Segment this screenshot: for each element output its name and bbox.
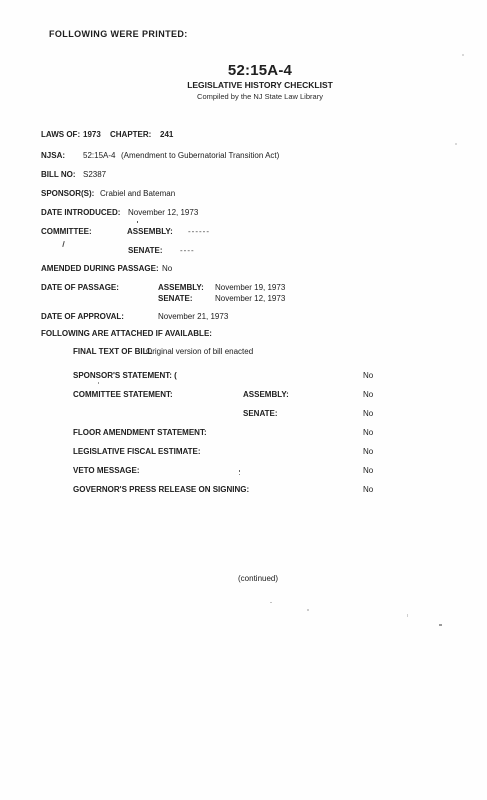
date-of-passage-senate-row: SENATE: November 12, 1973 <box>0 294 487 306</box>
laws-of-value: 1973 <box>83 130 101 140</box>
passage-assembly-value: November 19, 1973 <box>215 283 285 293</box>
attachment-label: LEGISLATIVE FISCAL ESTIMATE: <box>73 447 201 457</box>
committee-senate-value: ---- <box>180 246 195 256</box>
chapter-label: CHAPTER: <box>110 130 151 140</box>
date-introduced-value: November 12, 1973 <box>128 208 198 218</box>
passage-senate-value: November 12, 1973 <box>215 294 285 304</box>
scan-artifact-speck <box>462 54 464 56</box>
attached-header: FOLLOWING ARE ATTACHED IF AVAILABLE: <box>41 329 212 339</box>
date-of-approval-row: DATE OF APPROVAL: November 21, 1973 <box>0 312 487 324</box>
scan-artifact-speck <box>270 602 272 603</box>
attachment-label: COMMITTEE STATEMENT: <box>73 390 173 400</box>
committee-senate-label: SENATE: <box>128 246 163 256</box>
attachment-row-sponsors-statement: SPONSOR'S STATEMENT: ( No <box>0 371 487 383</box>
njsa-label: NJSA: <box>41 151 65 161</box>
attachment-label: SPONSOR'S STATEMENT: ( <box>73 371 177 381</box>
title-block: 52:15A-4 LEGISLATIVE HISTORY CHECKLIST C… <box>110 62 410 101</box>
bill-no-row: BILL NO: S2387 <box>0 170 487 182</box>
attached-header-row: FOLLOWING ARE ATTACHED IF AVAILABLE: <box>0 329 487 341</box>
scan-artifact-dot <box>137 221 138 223</box>
bill-no-label: BILL NO: <box>41 170 76 180</box>
date-of-passage-label: DATE OF PASSAGE: <box>41 283 119 293</box>
committee-senate-row: SENATE: ---- <box>0 246 487 258</box>
printed-note: FOLLOWING WERE PRINTED: <box>49 29 188 39</box>
sponsors-value: Crabiel and Bateman <box>100 189 175 199</box>
attachment-row-committee-statement: COMMITTEE STATEMENT: ASSEMBLY: No <box>0 390 487 402</box>
scan-artifact-speck <box>407 614 408 617</box>
date-of-approval-value: November 21, 1973 <box>158 312 228 322</box>
scan-artifact-speck <box>307 609 309 611</box>
scan-artifact-dot <box>239 470 240 472</box>
passage-assembly-label: ASSEMBLY: <box>158 283 204 293</box>
passage-senate-label: SENATE: <box>158 294 193 304</box>
continued-note: (continued) <box>238 574 278 584</box>
bill-no-value: S2387 <box>83 170 106 180</box>
compiled-by-note: Compiled by the NJ State Law Library <box>110 92 410 101</box>
attachment-value: No <box>363 409 373 419</box>
statute-number: 52:15A-4 <box>110 62 410 79</box>
date-introduced-row: DATE INTRODUCED: November 12, 1973 <box>0 208 487 220</box>
attachment-value: No <box>363 466 373 476</box>
attachment-value: No <box>363 371 373 381</box>
chapter-value: 241 <box>160 130 173 140</box>
scan-artifact-speck <box>455 143 457 145</box>
laws-of-row: LAWS OF: 1973 CHAPTER: 241 <box>0 130 487 142</box>
scan-artifact-dot <box>239 474 240 475</box>
committee-assembly-value: ------ <box>188 227 210 237</box>
sponsors-row: SPONSOR(S): Crabiel and Bateman <box>0 189 487 201</box>
final-text-row: FINAL TEXT OF BILL Original version of b… <box>0 347 487 359</box>
attachment-row-floor-amendment: FLOOR AMENDMENT STATEMENT: No <box>0 428 487 440</box>
njsa-value: 52:15A-4 <box>83 151 115 161</box>
final-text-note: Original version of bill enacted <box>146 347 253 357</box>
attachment-value: No <box>363 428 373 438</box>
committee-assembly-label: ASSEMBLY: <box>127 227 173 237</box>
date-introduced-label: DATE INTRODUCED: <box>41 208 120 218</box>
attachment-row-fiscal-estimate: LEGISLATIVE FISCAL ESTIMATE: No <box>0 447 487 459</box>
laws-of-label: LAWS OF: <box>41 130 80 140</box>
attachment-sub-label: SENATE: <box>243 409 278 419</box>
njsa-row: NJSA: 52:15A-4 (Amendment to Gubernatori… <box>0 151 487 163</box>
attachment-value: No <box>363 447 373 457</box>
njsa-note: (Amendment to Gubernatorial Transition A… <box>121 151 279 161</box>
attachment-value: No <box>363 390 373 400</box>
committee-row: COMMITTEE: ASSEMBLY: ------ <box>0 227 487 239</box>
attachment-label: VETO MESSAGE: <box>73 466 140 476</box>
attachment-row-committee-senate: SENATE: No <box>0 409 487 421</box>
attachment-row-veto-message: VETO MESSAGE: No <box>0 466 487 478</box>
amended-label: AMENDED DURING PASSAGE: <box>41 264 159 274</box>
scan-artifact-dot <box>98 382 99 384</box>
final-text-label: FINAL TEXT OF BILL <box>73 347 152 357</box>
committee-label: COMMITTEE: <box>41 227 92 237</box>
document-title: LEGISLATIVE HISTORY CHECKLIST <box>110 80 410 91</box>
attachment-value: No <box>363 485 373 495</box>
sponsors-label: SPONSOR(S): <box>41 189 94 199</box>
attachment-label: GOVERNOR'S PRESS RELEASE ON SIGNING: <box>73 485 249 495</box>
attachment-label: FLOOR AMENDMENT STATEMENT: <box>73 428 207 438</box>
amended-value: No <box>162 264 172 274</box>
attachment-row-press-release: GOVERNOR'S PRESS RELEASE ON SIGNING: No <box>0 485 487 497</box>
scanned-document-page: FOLLOWING WERE PRINTED: 52:15A-4 LEGISLA… <box>0 0 487 800</box>
date-of-approval-label: DATE OF APPROVAL: <box>41 312 124 322</box>
amended-row: AMENDED DURING PASSAGE: No <box>0 264 487 276</box>
attachment-sub-label: ASSEMBLY: <box>243 390 289 400</box>
scan-artifact-speck <box>439 624 442 626</box>
